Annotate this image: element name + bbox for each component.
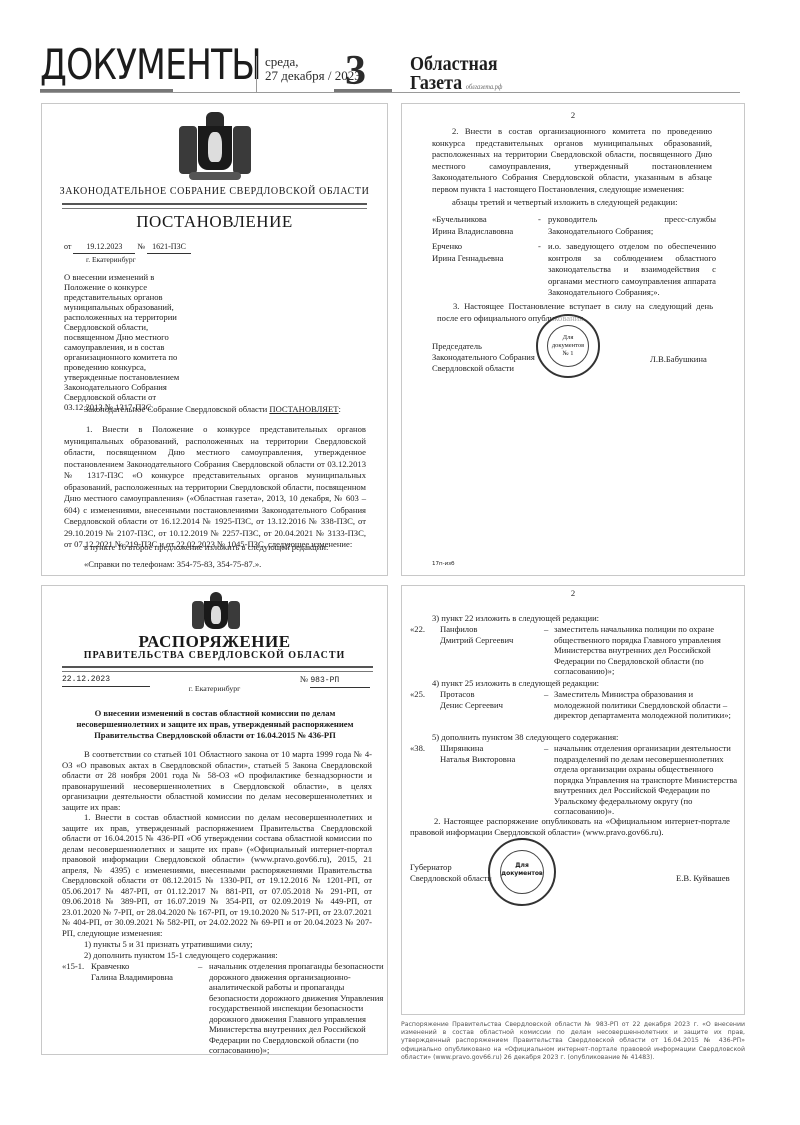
- entry-role: заместитель начальника полиции по охране…: [554, 624, 734, 677]
- newspaper-logo: Областная Газетаоблгазета.рф: [410, 55, 502, 97]
- entry-name: Протасов Денис Сергеевич: [440, 689, 503, 710]
- sub-item-5: 5) дополнить пунктом 38 следующего содер…: [432, 732, 618, 744]
- page-number-2: 2: [402, 110, 744, 122]
- signer-title: Председатель Законодательного Собрания С…: [432, 341, 535, 374]
- coat-of-arms-icon: [175, 112, 255, 184]
- sub-item-2: 2) дополнить пунктом 15-1 следующего сод…: [84, 950, 278, 962]
- entry-role: начальник отделения организации деятельн…: [554, 743, 739, 817]
- logo-site: облгазета.рф: [466, 83, 503, 91]
- item-1-sub: в пункте 16 второе предложение изложить …: [84, 542, 374, 554]
- masthead-rule: [40, 92, 740, 93]
- document-reg-line: от 19.12.2023 № 1621-ПЗС: [64, 241, 191, 254]
- header-rule: [62, 666, 373, 672]
- entry-name: Панфилов Дмитрий Сергеевич: [440, 624, 513, 645]
- entry-role: Заместитель Министра образования и молод…: [554, 689, 734, 721]
- signer-name: Л.В.Бабушкина: [650, 354, 707, 366]
- order-page-2: 2 3) пункт 22 изложить в следующей редак…: [401, 585, 745, 1015]
- page-number-underline: [334, 89, 392, 92]
- document-subject: О внесении изменений в состав областной …: [72, 708, 358, 741]
- resolution-page-2: 2 2. Внести в состав организационного ко…: [401, 103, 745, 576]
- masthead-divider: [256, 56, 257, 92]
- document-type: ПОСТАНОВЛЕНИЕ: [42, 212, 387, 232]
- document-number: 1621-ПЗС: [147, 241, 191, 254]
- member-role: руководитель пресс-службы Законодательно…: [548, 214, 716, 237]
- footer-code: 17п-изб: [432, 559, 454, 571]
- coat-of-arms-icon: [190, 592, 242, 632]
- entry-role: начальник отделения пропаганды безопасно…: [209, 961, 384, 1056]
- publication-note: Распоряжение Правительства Свердловской …: [401, 1021, 745, 1062]
- sub-item-4: 4) пункт 25 изложить в следующей редакци…: [432, 678, 599, 690]
- member-name: «Бучельникова Ирина Владиславовна: [432, 214, 532, 237]
- item-2-sub: абзацы третий и четвертый изложить в сле…: [452, 197, 722, 209]
- page-number-2: 2: [402, 588, 744, 600]
- official-seal-icon: Для документов № 1: [536, 314, 600, 378]
- logo-line-2: Газета: [410, 72, 462, 94]
- document-type: РАСПОРЯЖЕНИЕ: [42, 632, 387, 652]
- item-2: 2. Настоящее распоряжение опубликовать н…: [410, 816, 730, 837]
- document-subject: О внесении изменений в Положение о конку…: [64, 272, 194, 412]
- org-title: ЗАКОНОДАТЕЛЬНОЕ СОБРАНИЕ СВЕРДЛОВСКОЙ ОБ…: [42, 186, 387, 197]
- resolution-page-1: ЗАКОНОДАТЕЛЬНОЕ СОБРАНИЕ СВЕРДЛОВСКОЙ ОБ…: [41, 103, 388, 576]
- item-1: 1. Внести в Положение о конкурсе предста…: [64, 424, 366, 551]
- member-role: и.о. заведующего отделом по обеспечению …: [548, 241, 716, 299]
- section-title: ДОКУМЕНТЫ: [40, 44, 261, 86]
- entry-name: Кравченко Галина Владимировна: [91, 961, 173, 982]
- official-seal-icon: Для документов: [488, 838, 556, 906]
- entry-name: Ширянкина Наталья Викторовна: [440, 743, 515, 764]
- item-1-quote: «Справки по телефонам: 354-75-83, 354-75…: [84, 559, 374, 571]
- header-rule: [62, 203, 367, 209]
- sub-item-3: 3) пункт 22 изложить в следующей редакци…: [432, 613, 599, 625]
- org-title: ПРАВИТЕЛЬСТВА СВЕРДЛОВСКОЙ ОБЛАСТИ: [42, 650, 387, 661]
- item-1: 1. Внести в состав областной комиссии по…: [62, 812, 372, 938]
- decree-line: Законодательное Собрание Свердловской об…: [84, 404, 384, 416]
- entry-number: «15-1.: [62, 961, 84, 973]
- preamble: В соответствии со статьей 101 Областного…: [62, 749, 372, 812]
- sub-item-1: 1) пункты 5 и 31 признать утратившими си…: [84, 939, 253, 951]
- document-city: г. Екатеринбург: [86, 254, 136, 266]
- page-number: 3: [345, 50, 366, 92]
- signer-name: Е.В. Куйвашев: [676, 873, 730, 885]
- item-2: 2. Внести в состав организационного коми…: [432, 126, 712, 195]
- order-page-1: РАСПОРЯЖЕНИЕ ПРАВИТЕЛЬСТВА СВЕРДЛОВСКОЙ …: [41, 585, 388, 1055]
- signer-title: Губернатор Свердловской области: [410, 862, 492, 884]
- document-date: 19.12.2023: [73, 241, 135, 254]
- member-name: Ерченко Ирина Геннадьевна: [432, 241, 532, 264]
- document-city: г. Екатеринбург: [42, 683, 387, 695]
